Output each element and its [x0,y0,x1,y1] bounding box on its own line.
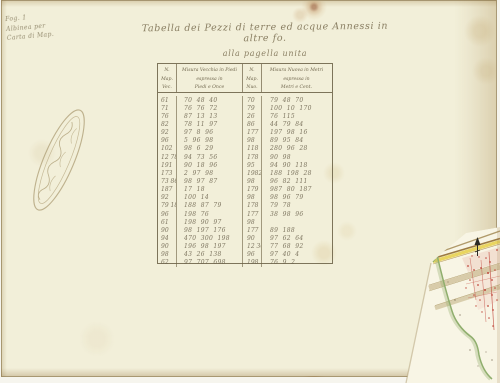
header-col1: N. Map. Vec. [158,64,177,92]
cell-c3: 118 [243,145,262,153]
table-row: 61198 90 9798 [158,218,332,226]
cell-c3: 86 [243,120,262,128]
cell-c1: 73 86 [158,177,177,185]
cell-c3: 95 [243,161,262,169]
header-col3: N. Map. Nuo. [243,64,262,92]
cell-c2: 97 707 698 [177,259,243,267]
cell-c1: 61 [158,218,177,226]
cell-c3: 177 [243,129,262,137]
cell-c1: 62 [158,259,177,267]
table-row: 6297 707 69819876 9 2 [158,259,332,267]
cell-c2: 98 6 29 [177,145,243,153]
cell-c4: 90 98 [262,153,331,161]
cell-c3: 1982 [243,169,262,177]
cell-c1: 90 [158,243,177,251]
cell-c2: 70 48 40 [177,96,243,104]
cell-c2: 198 90 97 [177,218,243,226]
cell-c1: 90 [158,226,177,234]
oval-stamp-icon [26,100,92,220]
cell-c1: 173 [158,169,177,177]
table-row: 7176 76 7279100 10 170 [158,104,332,112]
cell-c3: 26 [243,112,262,120]
table-row: 10298 6 29118280 96 28 [158,145,332,153]
cell-c4: 89 188 [262,226,331,234]
table-row: 73 8698 97 879896 82 111 [158,177,332,185]
cell-c4: 100 10 170 [262,104,331,112]
cell-c4: 79 78 [262,202,331,210]
cell-c2: 94 73 56 [177,153,243,161]
table-row: 7687 13 132676 115 [158,112,332,120]
title-line-1: Tabella dei Pezzi di terre ed acque Anne… [140,21,390,46]
document-title: Tabella dei Pezzi di terre ed acque Anne… [140,22,390,58]
cell-c4: 76 9 2 [262,259,331,267]
table-row: 18717 18179987 80 187 [158,186,332,194]
corner-annotation: Fog. 1 Albinea per Carta di Map. [5,9,77,44]
table-row: 96198 7617738 98 96 [158,210,332,218]
cell-c3: 98 [243,194,262,202]
cell-c1: 102 [158,145,177,153]
scanned-document: Fog. 1 Albinea per Carta di Map. Tabella… [0,0,500,383]
cell-c2: 196 98 197 [177,243,243,251]
cell-c1: 92 [158,194,177,202]
table-row: 9843 26 1389697 40 4 [158,251,332,259]
cell-c3: 98 [243,218,262,226]
cell-c3: 179 [243,186,262,194]
cell-c2: 17 18 [177,186,243,194]
cell-c1: 96 [158,137,177,145]
cell-c3: 178 [243,153,262,161]
cell-c3: 70 [243,96,262,104]
table-row: 92100 149898 96 79 [158,194,332,202]
cell-c2: 43 26 138 [177,251,243,259]
cell-c1: 94 [158,234,177,242]
cell-c2: 98 197 176 [177,226,243,234]
cell-c1: 92 [158,129,177,137]
table-header: N. Map. Vec. Misura Vecchia in Piedi esp… [158,64,332,93]
cell-c2: 198 76 [177,210,243,218]
table-row: 94470 300 1989097 62 64 [158,234,332,242]
cell-c3: 79 [243,104,262,112]
cell-c4: 197 98 16 [262,129,331,137]
cell-c4: 188 198 28 [262,169,331,177]
cell-c4: 89 95 84 [262,137,331,145]
cell-c2: 97 8 96 [177,129,243,137]
cell-c2: 90 18 96 [177,161,243,169]
conversion-table: N. Map. Vec. Misura Vecchia in Piedi esp… [157,63,333,264]
cell-c3: 90 [243,234,262,242]
cell-c4 [262,218,331,226]
cell-c3: 12 30 [243,243,262,251]
cell-c1: 82 [158,120,177,128]
cell-c2: 78 11 97 [177,120,243,128]
table-row: 9297 8 96177197 98 16 [158,129,332,137]
cell-c3: 98 [243,137,262,145]
cell-c1: 191 [158,161,177,169]
table-row: 9098 197 17617789 188 [158,226,332,234]
table-row: 12 78694 73 5617890 98 [158,153,332,161]
table-row: 1732 97 981982188 198 28 [158,169,332,177]
cell-c3: 178 [243,202,262,210]
cell-c4: 76 115 [262,112,331,120]
cell-c4: 97 62 64 [262,234,331,242]
cell-c4: 79 48 70 [262,96,331,104]
cell-c4: 98 96 79 [262,194,331,202]
cell-c4: 44 79 84 [262,120,331,128]
cell-c2: 76 76 72 [177,104,243,112]
cell-c1: 71 [158,104,177,112]
cell-c4: 96 82 111 [262,177,331,185]
cell-c1: 61 [158,96,177,104]
table-row: 79 189188 87 7917879 78 [158,202,332,210]
header-col4: Misura Nuova in Metri espressa in Metri … [262,64,331,92]
cell-c4: 94 90 118 [262,161,331,169]
cell-c4: 97 40 4 [262,251,331,259]
table-row: 19190 18 969594 90 118 [158,161,332,169]
cell-c2: 470 300 198 [177,234,243,242]
cell-c2: 98 97 87 [177,177,243,185]
map-fragment [395,225,500,383]
table-body: 6170 48 407079 48 707176 76 7279100 10 1… [158,93,332,267]
cell-c2: 5 96 98 [177,137,243,145]
cell-c3: 98 [243,177,262,185]
cell-c4: 77 68 92 [262,243,331,251]
table-row: 90196 98 19712 3077 68 92 [158,243,332,251]
cell-c4: 38 98 96 [262,210,331,218]
cell-c2: 87 13 13 [177,112,243,120]
cell-c1: 96 [158,210,177,218]
cell-c4: 987 80 187 [262,186,331,194]
title-line-2: alla pagella unita [140,49,390,58]
table-row: 965 96 989889 95 84 [158,137,332,145]
cell-c1: 187 [158,186,177,194]
cell-c3: 177 [243,210,262,218]
table-row: 8278 11 978644 79 84 [158,120,332,128]
cell-c2: 2 97 98 [177,169,243,177]
cell-c1: 76 [158,112,177,120]
cell-c2: 100 14 [177,194,243,202]
cell-c3: 96 [243,251,262,259]
cell-c1: 79 189 [158,202,177,210]
cell-c3: 177 [243,226,262,234]
cell-c1: 98 [158,251,177,259]
cell-c2: 188 87 79 [177,202,243,210]
cell-c1: 12 786 [158,153,177,161]
header-col2: Misura Vecchia in Piedi espressa in Pied… [177,64,243,92]
cell-c4: 280 96 28 [262,145,331,153]
cell-c3: 198 [243,259,262,267]
table-row: 6170 48 407079 48 70 [158,96,332,104]
